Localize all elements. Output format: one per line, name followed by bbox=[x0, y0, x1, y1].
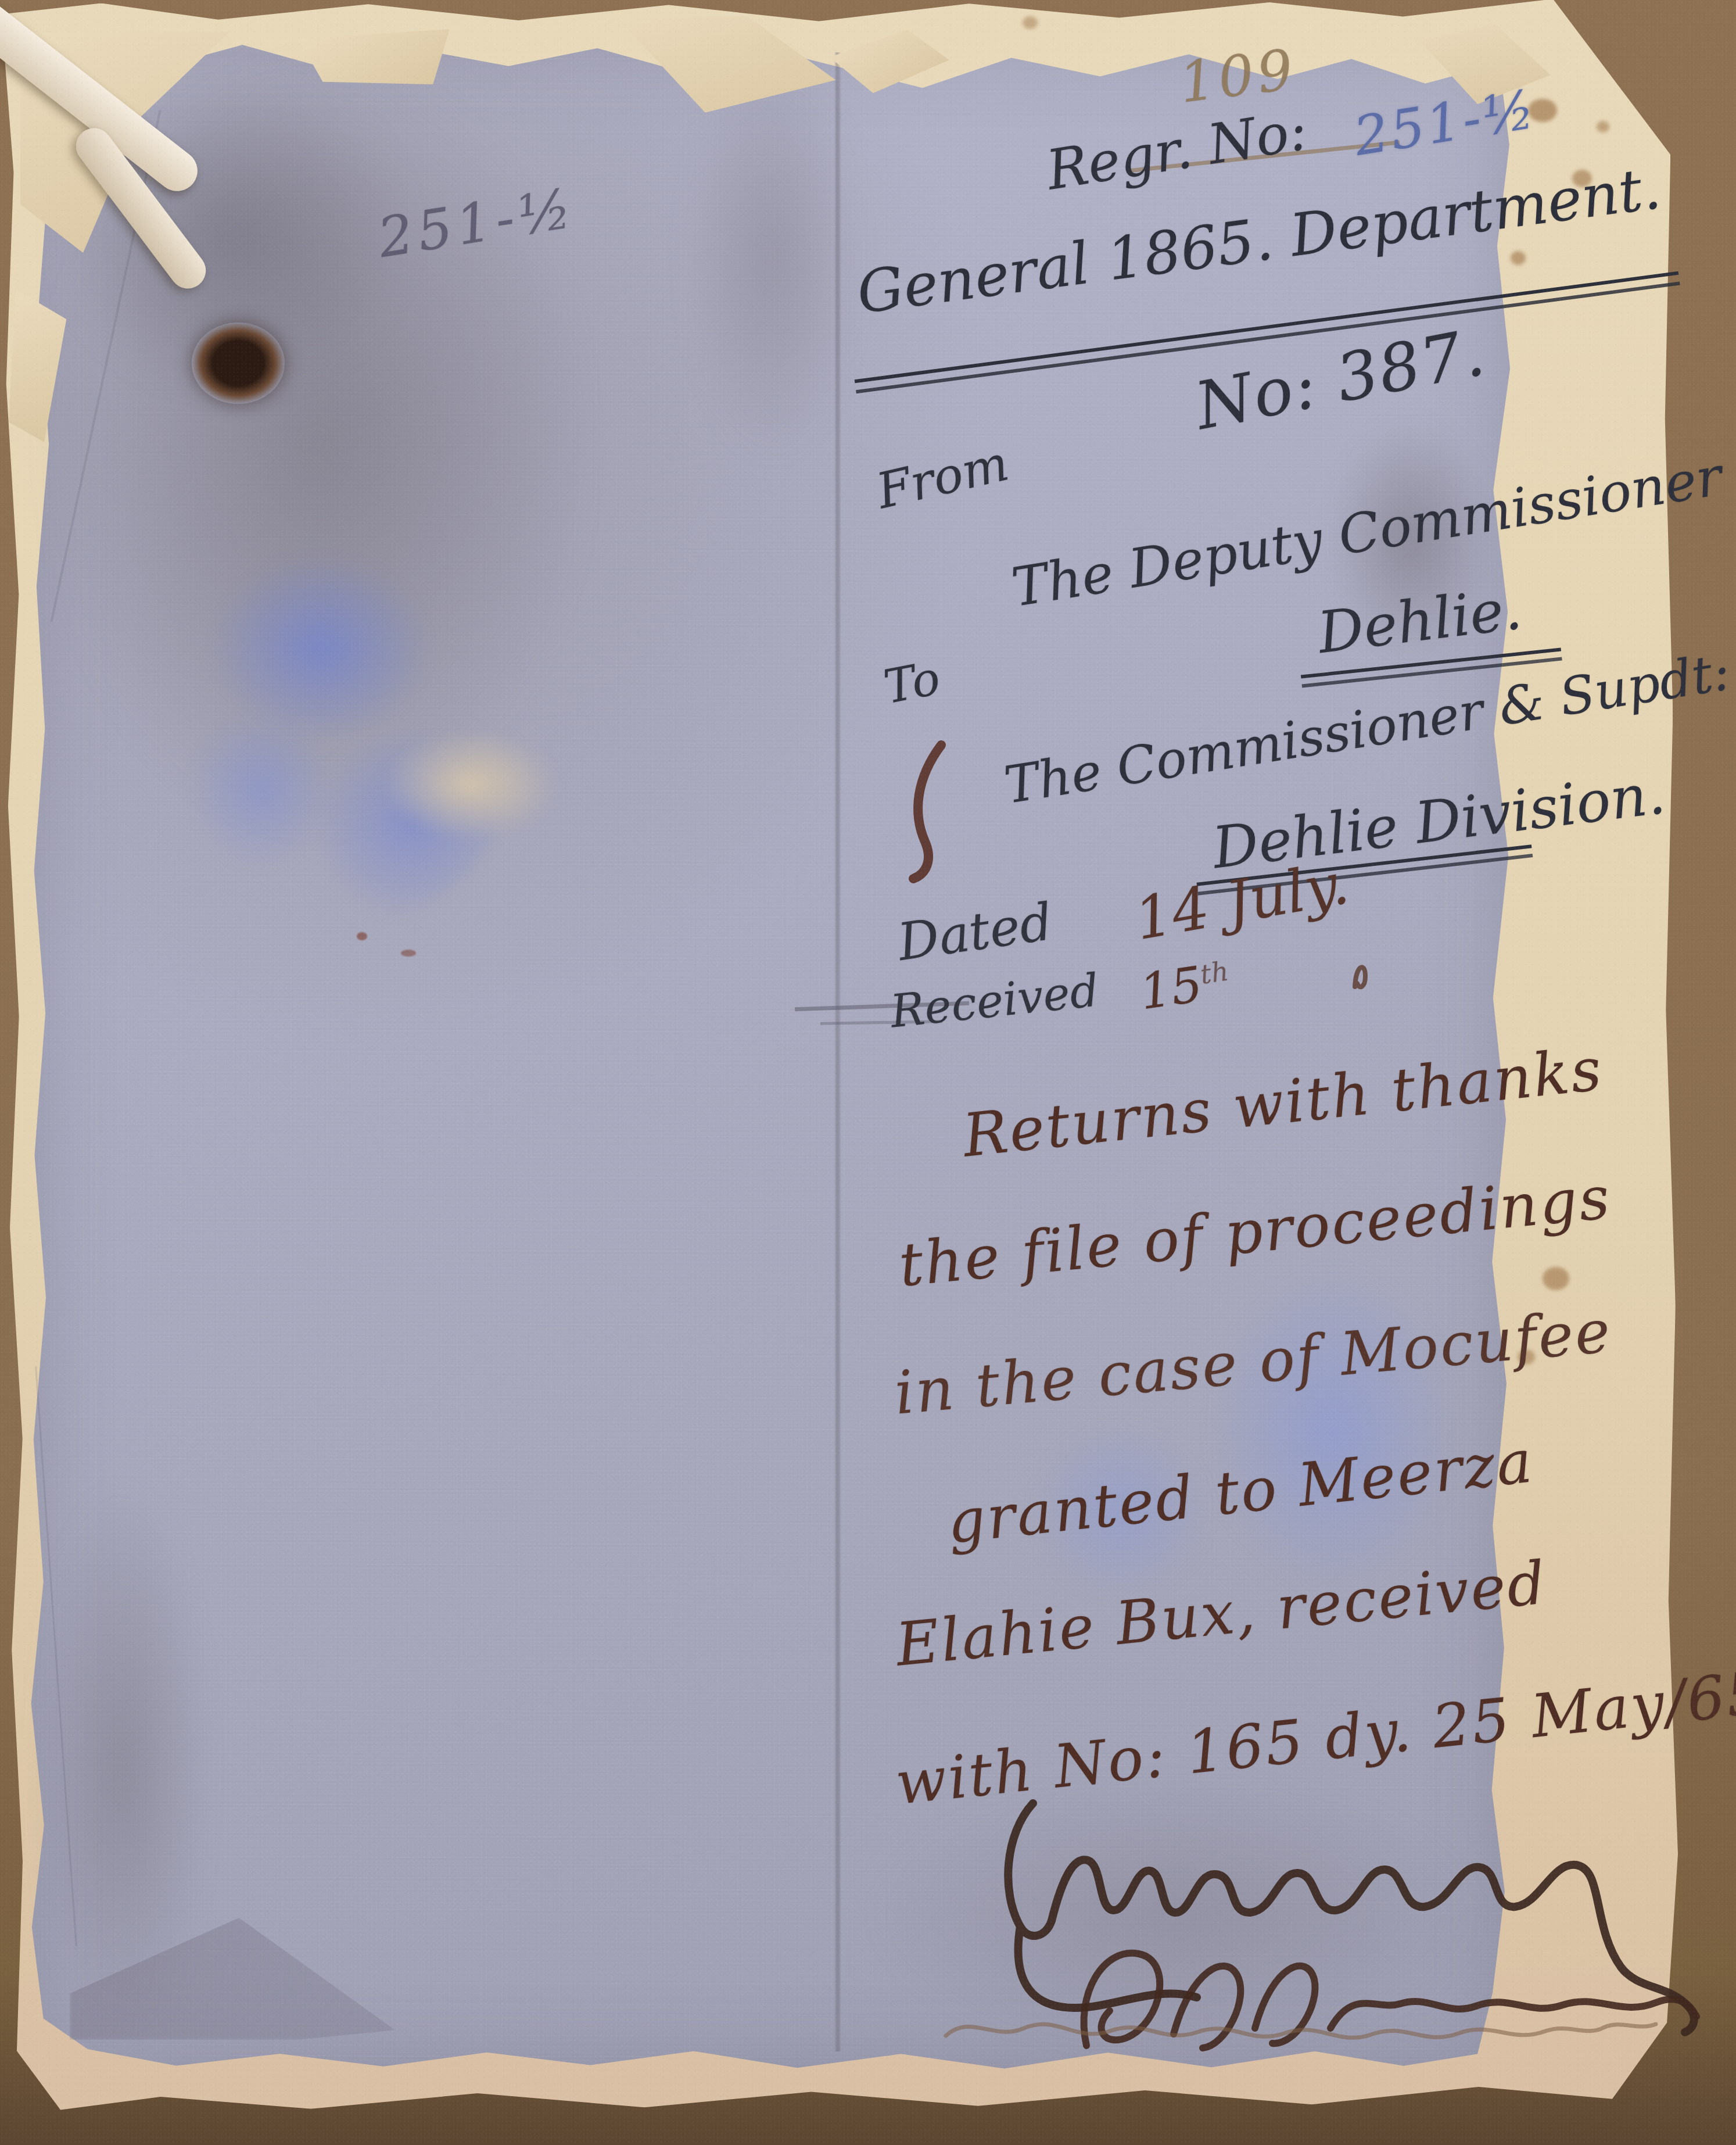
to-label: To bbox=[880, 651, 944, 714]
photograph: 109 Regr. No: 251-½ General 1865. Depart… bbox=[0, 0, 1736, 2145]
punch-hole bbox=[192, 323, 285, 404]
received-ink-tick bbox=[1348, 953, 1371, 994]
ink-bracket-flourish bbox=[899, 737, 952, 882]
received-day-suffix: th bbox=[1199, 955, 1231, 990]
fold-crease bbox=[834, 52, 841, 2051]
received-day: 15 bbox=[1136, 955, 1206, 1020]
faint-endorsement-scrawl bbox=[935, 1990, 1679, 2066]
